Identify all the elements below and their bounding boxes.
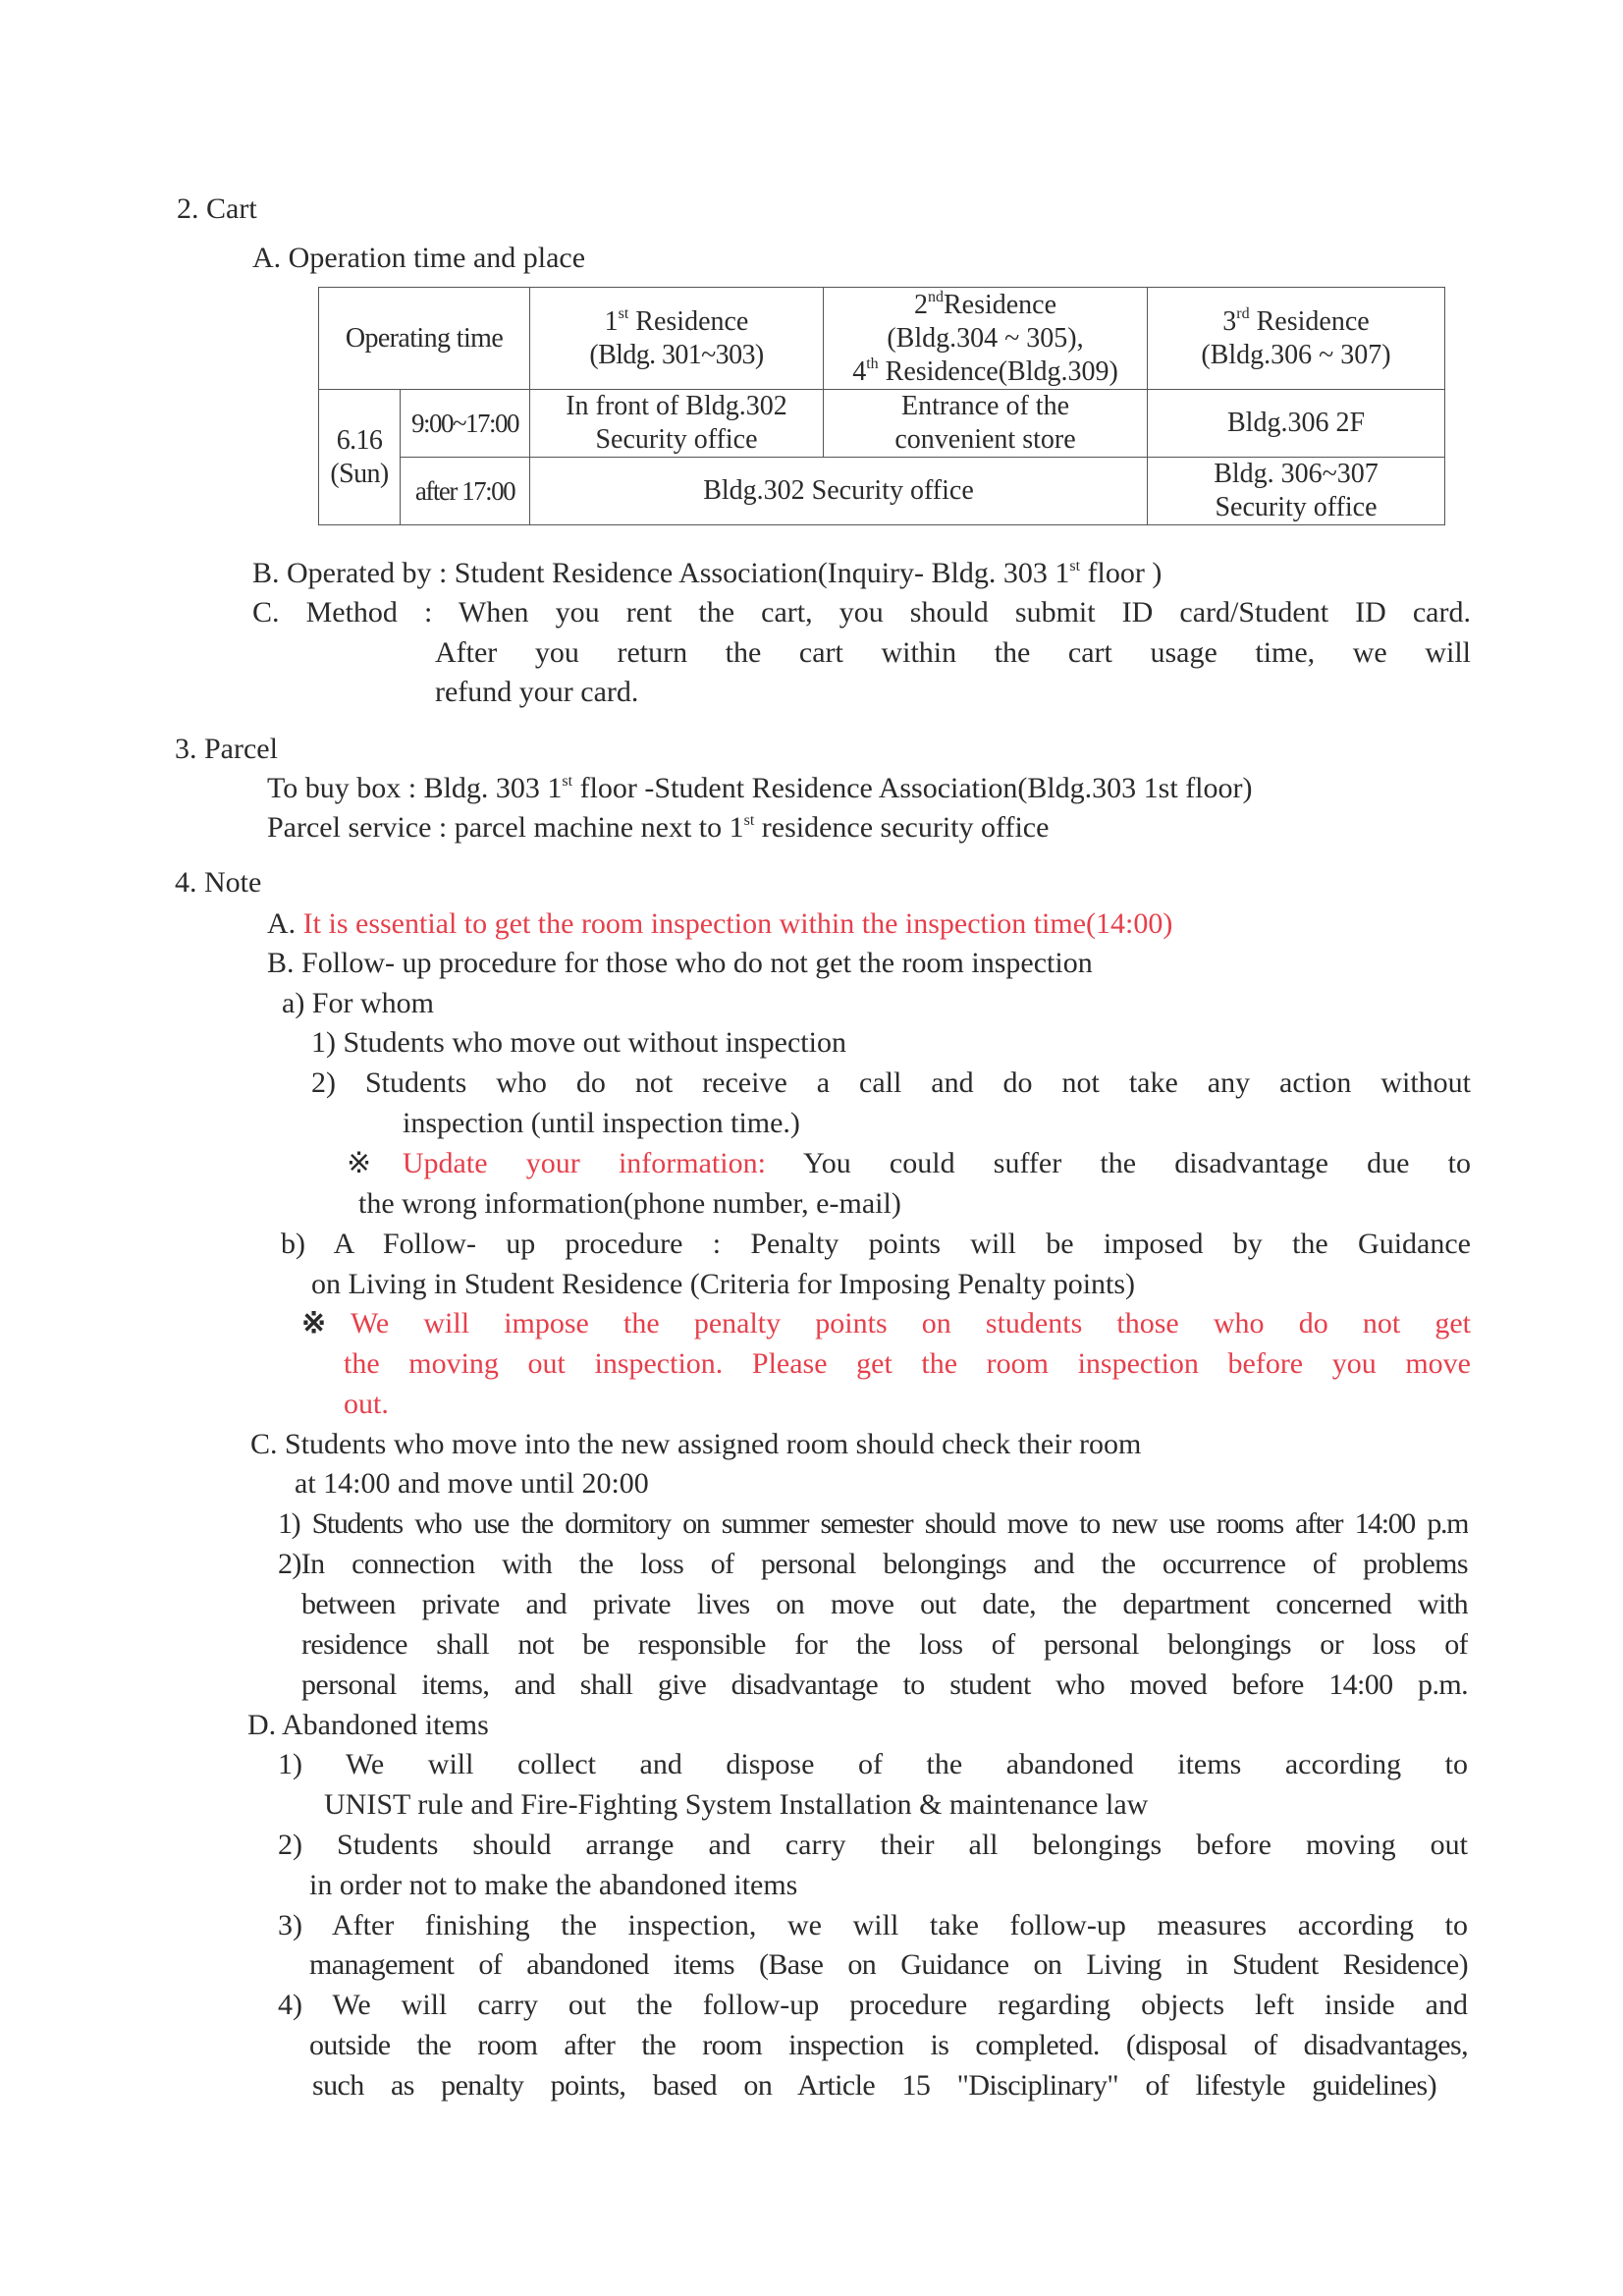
table-row: after 17:00 Bldg.302 Security office Bld… [319, 458, 1445, 525]
note-d-3-line-2: management of abandoned items (Base on G… [309, 1948, 1468, 1982]
note-b-a-heading: a) For whom [282, 987, 434, 1020]
time-cell: 9:00~17:00 [401, 390, 530, 458]
parcel-service: Parcel service : parcel machine next to … [267, 811, 1049, 845]
note-d-1-line-1: 1) We will collect and dispose of the ab… [278, 1748, 1468, 1781]
parcel-buy-box: To buy box : Bldg. 303 1st floor -Studen… [267, 772, 1253, 805]
section-note-heading: 4. Note [175, 866, 261, 900]
note-penalty-line-1: We will impose the penalty points on stu… [351, 1307, 1471, 1340]
note-d-3-line-1: 3) After finishing the inspection, we wi… [278, 1909, 1468, 1942]
cart-method-line-1: C. Method : When you rent the cart, you … [252, 596, 1471, 629]
note-d-2-line-2: in order not to make the abandoned items [309, 1869, 797, 1902]
table-row: 6.16 (Sun) 9:00~17:00 In front of Bldg.3… [319, 390, 1445, 458]
cart-operation-heading: A. Operation time and place [252, 242, 585, 275]
cart-method-line-2: After you return the cart within the car… [435, 636, 1471, 670]
note-a: A. It is essential to get the room inspe… [267, 907, 1172, 941]
note-b-a-1: 1) Students who move out without inspect… [311, 1026, 846, 1060]
residence-2-location: Entrance of the convenient store [824, 390, 1148, 458]
header-residence-3: 3rd Residence (Bldg.306 ~ 307) [1148, 288, 1445, 390]
header-residence-1: 1st Residence (Bldg. 301~303) [530, 288, 824, 390]
table-header-row: Operating time 1st Residence (Bldg. 301~… [319, 288, 1445, 390]
note-c-2-line-2: between private and private lives on mov… [301, 1588, 1468, 1621]
note-penalty-line-3: out. [344, 1388, 389, 1421]
cart-operation-table: Operating time 1st Residence (Bldg. 301~… [318, 287, 1445, 525]
note-c-line-2: at 14:00 and move until 20:00 [295, 1467, 649, 1501]
note-b: B. Follow- up procedure for those who do… [267, 947, 1093, 980]
residence-3-location: Bldg. 306~307 Security office [1148, 458, 1445, 525]
residence-1-location: In front of Bldg.302 Security office [530, 390, 824, 458]
note-d-1-line-2: UNIST rule and Fire-Fighting System Inst… [324, 1788, 1148, 1822]
note-update-info-line-2: the wrong information(phone number, e-ma… [358, 1187, 901, 1221]
note-d-2-line-1: 2) Students should arrange and carry the… [278, 1829, 1468, 1862]
section-parcel-heading: 3. Parcel [175, 733, 278, 766]
residence-3-location: Bldg.306 2F [1148, 390, 1445, 458]
note-d-heading: D. Abandoned items [247, 1709, 489, 1742]
note-c-line-1: C. Students who move into the new assign… [250, 1428, 1141, 1461]
note-b-a-2-line-1: 2) Students who do not receive a call an… [311, 1066, 1471, 1100]
header-residence-2-4: 2ndResidence (Bldg.304 ~ 305), 4th Resid… [824, 288, 1148, 390]
note-c-1: 1) Students who use the dormitory on sum… [278, 1507, 1468, 1541]
header-operating-time: Operating time [319, 288, 530, 390]
note-c-2-line-1: 2)In connection with the loss of persona… [278, 1548, 1468, 1581]
reference-mark-icon: ※ [301, 1307, 326, 1340]
date-cell: 6.16 (Sun) [319, 390, 401, 525]
note-d-4-line-2: outside the room after the room inspecti… [309, 2029, 1468, 2062]
note-penalty-line-2: the moving out inspection. Please get th… [344, 1347, 1471, 1381]
note-b-b-line-1: b) A Follow- up procedure : Penalty poin… [281, 1228, 1471, 1261]
note-d-4-line-1: 4) We will carry out the follow-up proce… [278, 1989, 1468, 2022]
cart-method-line-3: refund your card. [435, 676, 638, 709]
section-cart-heading: 2. Cart [177, 192, 257, 226]
note-c-2-line-4: personal items, and shall give disadvant… [301, 1668, 1468, 1702]
note-d-4-line-3: such as penalty points, based on Article… [312, 2069, 1436, 2103]
time-cell: after 17:00 [401, 458, 530, 525]
note-update-info-line-1: ※Update your information: You could suff… [347, 1147, 1471, 1180]
note-b-b-line-2: on Living in Student Residence (Criteria… [311, 1268, 1135, 1301]
residence-1-2-location: Bldg.302 Security office [530, 458, 1148, 525]
reference-mark-icon: ※ [347, 1147, 403, 1179]
note-b-a-2-line-2: inspection (until inspection time.) [403, 1107, 800, 1140]
note-c-2-line-3: residence shall not be responsible for t… [301, 1628, 1468, 1662]
cart-operated-by: B. Operated by : Student Residence Assoc… [252, 557, 1162, 590]
